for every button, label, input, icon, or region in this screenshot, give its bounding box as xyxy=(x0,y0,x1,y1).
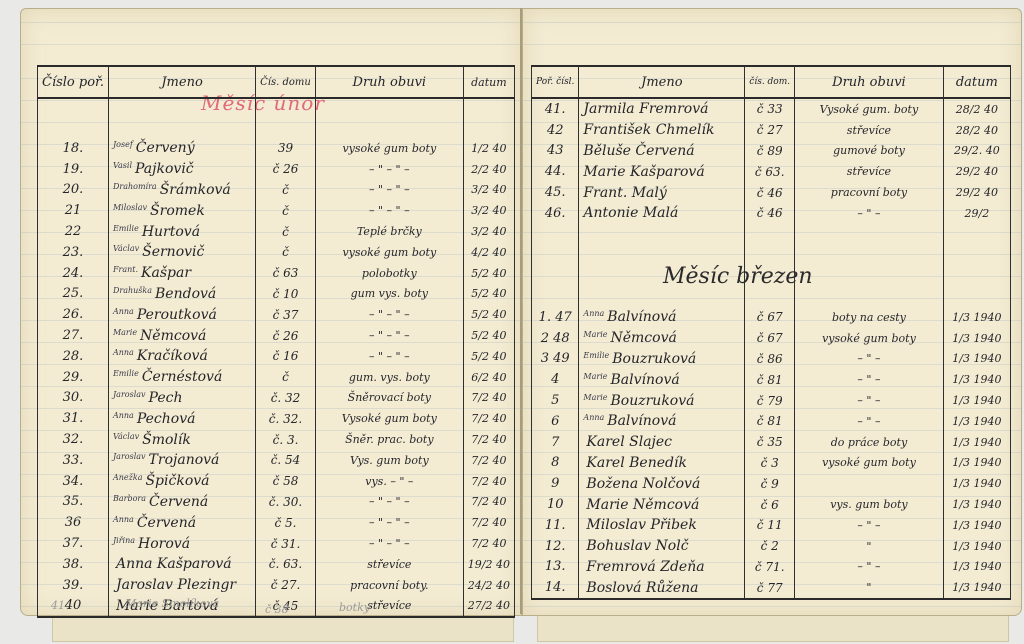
surname: Karel Slajec xyxy=(586,434,672,450)
house-number: č 46 xyxy=(745,203,795,224)
entry-number: 42 xyxy=(532,120,579,141)
surname: Pech xyxy=(149,390,183,406)
first-name: Anna xyxy=(113,307,134,316)
surname: Horová xyxy=(138,536,190,552)
table-row: 18.JosefČervený39vysoké gum boty1/2 40 xyxy=(38,138,515,159)
house-number: č xyxy=(256,367,316,388)
first-name: Václav xyxy=(113,244,139,253)
name-cell: JaroslavPech xyxy=(108,388,255,409)
issue-date: 7/2 40 xyxy=(463,408,514,429)
entry-number: 28. xyxy=(38,346,109,367)
table-row: 26.AnnaPeroutkováč 37– " – " –5/2 40 xyxy=(38,304,515,325)
entry-number: 34. xyxy=(38,471,109,492)
name-cell: JaroslavTrojanová xyxy=(108,450,255,471)
house-number: č 31. xyxy=(256,533,316,554)
name-cell: Marie Němcová xyxy=(579,494,745,515)
issue-date: 29/2 xyxy=(943,203,1010,224)
issue-date: 29/2 40 xyxy=(943,161,1010,182)
name-cell: František Chmelík xyxy=(579,120,745,141)
month-spacer-row xyxy=(38,98,515,138)
issue-date: 1/3 1940 xyxy=(943,453,1010,474)
first-name: Frant. xyxy=(113,265,138,274)
name-cell: Karel Benedík xyxy=(579,453,745,474)
surname: Peroutková xyxy=(137,307,217,323)
entry-number: 33. xyxy=(38,450,109,471)
name-cell: EmilieČerné­stová xyxy=(108,367,255,388)
table-row: 29.EmilieČerné­stováčgum. vys. boty6/2 4… xyxy=(38,367,515,388)
first-name: Marie xyxy=(583,372,607,381)
table-row: 31.AnnaPechováč. 32.Vysoké gum boty7/2 4… xyxy=(38,408,515,429)
house-number: č 16 xyxy=(256,346,316,367)
first-name: Marie xyxy=(583,393,607,402)
first-name: Marie xyxy=(583,330,607,339)
entry-number: 7 xyxy=(532,432,579,453)
entry-number: 5 xyxy=(532,390,579,411)
surname: Trojanová xyxy=(149,452,220,468)
blank-cell xyxy=(579,224,745,245)
entry-number: 11. xyxy=(532,515,579,536)
header-number: Číslo poř. xyxy=(38,66,109,98)
house-number: č 67 xyxy=(745,307,795,328)
right-page: Poř. čísl. Jmeno čís. dom. Druh obuvi da… xyxy=(522,8,1022,616)
name-cell: AnnaBalvínová xyxy=(579,411,745,432)
blank-cell xyxy=(943,245,1010,266)
table-row: 39.Jaroslav Plezingrč 27.pracovní boty.2… xyxy=(38,575,515,596)
footwear-kind: do práce boty xyxy=(795,432,944,453)
issue-date: 7/2 40 xyxy=(463,471,514,492)
issue-date: 7/2 40 xyxy=(463,512,514,533)
entry-number: 4 xyxy=(532,369,579,390)
header-house: čís. dom. xyxy=(745,66,795,98)
surname: Bohuslav Nolč xyxy=(586,538,688,554)
entry-number: 38. xyxy=(38,554,109,575)
house-number: č xyxy=(256,242,316,263)
entry-number: 25. xyxy=(38,284,109,305)
name-cell: Anna Kašparová xyxy=(108,554,255,575)
issue-date: 3/2 40 xyxy=(463,221,514,242)
footwear-kind: – " – xyxy=(795,369,944,390)
header-date: datum xyxy=(943,66,1010,98)
issue-date: 19/2 40 xyxy=(463,554,514,575)
first-name: Barbora xyxy=(113,494,146,503)
faded-entry-house: č 38 xyxy=(265,603,289,616)
footwear-kind: polobotky xyxy=(315,263,463,284)
footwear-kind: – " – " – xyxy=(315,533,463,554)
footwear-kind: vysoké gum boty xyxy=(315,138,463,159)
house-number: 39 xyxy=(256,138,316,159)
blank-cell xyxy=(943,286,1010,307)
name-cell: DrahomíraŠrámková xyxy=(108,180,255,201)
first-name: Drahomíra xyxy=(113,182,157,191)
house-number: č 89 xyxy=(745,141,795,162)
faded-entry-name: Marie Smolíková xyxy=(125,597,219,610)
footwear-kind: " xyxy=(795,577,944,599)
entry-number: 46. xyxy=(532,203,579,224)
footwear-kind: – " – " – xyxy=(315,304,463,325)
surname: Bouzruková xyxy=(611,393,695,409)
house-number: č 86 xyxy=(745,349,795,370)
blank-cell xyxy=(745,224,795,245)
issue-date: 7/2 40 xyxy=(463,450,514,471)
name-cell: MarieNěmcová xyxy=(579,328,745,349)
table-row: 43Běluše Červenáč 89gumové boty29/2. 40 xyxy=(532,141,1011,162)
house-number: č 63. xyxy=(745,161,795,182)
first-name: Anežka xyxy=(113,473,143,482)
table-row: 41.Jarmila Fremrováč 33Vysoké gum. boty2… xyxy=(532,98,1011,120)
name-cell: DrahuškaBendová xyxy=(108,284,255,305)
name-cell: Frant. Malý xyxy=(579,182,745,203)
surname: Němcová xyxy=(140,328,206,344)
entry-number: 18. xyxy=(38,138,109,159)
first-name: Josef xyxy=(113,140,133,149)
footwear-kind: – " – " – xyxy=(315,492,463,513)
table-row: 35.BarboraČervenáč. 30.– " – " –7/2 40 xyxy=(38,492,515,513)
house-number: č. 63. xyxy=(256,554,316,575)
first-name: Jaroslav xyxy=(113,452,146,461)
footwear-kind: gum. vys. boty xyxy=(315,367,463,388)
surname: Bendová xyxy=(155,286,216,302)
house-number: č. 32. xyxy=(256,408,316,429)
issue-date: 28/2 40 xyxy=(943,98,1010,120)
issue-date: 5/2 40 xyxy=(463,304,514,325)
footwear-kind: – " – " – xyxy=(315,200,463,221)
footwear-kind: – " – " – xyxy=(315,512,463,533)
footwear-kind: " xyxy=(795,536,944,557)
left-ledger-table: Číslo poř. Jmeno Čís. domu Druh obuvi da… xyxy=(37,65,515,618)
footwear-kind: – " – " – xyxy=(315,346,463,367)
header-name: Jmeno xyxy=(579,66,745,98)
footwear-kind: gum vys. boty xyxy=(315,284,463,305)
first-name: Anna xyxy=(113,515,134,524)
table-row: 9Božena Nolčováč 91/3 1940 xyxy=(532,473,1011,494)
table-row: 42František Chmelíkč 27střevíce28/2 40 xyxy=(532,120,1011,141)
surname: Karel Benedík xyxy=(586,455,687,471)
issue-date: 1/2 40 xyxy=(463,138,514,159)
issue-date: 1/3 1940 xyxy=(943,536,1010,557)
house-number: č 5. xyxy=(256,512,316,533)
entry-number: 14. xyxy=(532,577,579,599)
name-cell: JosefČervený xyxy=(108,138,255,159)
house-number: č 63 xyxy=(256,263,316,284)
surname: Červená xyxy=(137,515,196,531)
footwear-kind: Vysoké gum. boty xyxy=(795,98,944,120)
faded-entry-number: 41 xyxy=(51,599,65,612)
name-cell: Antonie Malá xyxy=(579,203,745,224)
house-number: č 27 xyxy=(745,120,795,141)
entry-number: 36 xyxy=(38,512,109,533)
house-number: č. 30. xyxy=(256,492,316,513)
surname: Červený xyxy=(136,140,195,156)
name-cell: AnnaKračíková xyxy=(108,346,255,367)
footwear-kind: vys. – " – xyxy=(315,471,463,492)
entry-number: 10 xyxy=(532,494,579,515)
house-number: č 3 xyxy=(745,453,795,474)
table-row: 8Karel Benedíkč 3vysoké gum boty1/3 1940 xyxy=(532,453,1011,474)
right-header-row: Poř. čísl. Jmeno čís. dom. Druh obuvi da… xyxy=(532,66,1011,98)
issue-date: 29/2 40 xyxy=(943,182,1010,203)
footwear-kind: – " – xyxy=(795,411,944,432)
entry-number: 22 xyxy=(38,221,109,242)
table-row: 37.JiřinaHorováč 31.– " – " –7/2 40 xyxy=(38,533,515,554)
entry-number: 40 xyxy=(38,596,109,618)
first-name: Anna xyxy=(583,413,604,422)
name-cell: MarieBouzruková xyxy=(579,390,745,411)
footwear-kind: Vys. gum boty xyxy=(315,450,463,471)
surname: Šrámková xyxy=(160,182,231,198)
name-cell: Karel Slajec xyxy=(579,432,745,453)
name-cell: VasilPajkovič xyxy=(108,159,255,180)
name-cell: Jaroslav Plezingr xyxy=(108,575,255,596)
surname: Červená xyxy=(149,494,208,510)
blank-cell xyxy=(532,224,579,245)
name-cell: Běluše Červená xyxy=(579,141,745,162)
issue-date: 1/3 1940 xyxy=(943,557,1010,578)
footwear-kind: střevíce xyxy=(315,554,463,575)
footwear-kind: – " – " – xyxy=(315,180,463,201)
footwear-kind: vys. gum boty xyxy=(795,494,944,515)
name-cell: Božena Nolčová xyxy=(579,473,745,494)
footwear-kind: vysoké gum boty xyxy=(795,328,944,349)
surname: Jarmila Fremrová xyxy=(583,101,708,117)
table-row: 24.Frant.Kašparč 63polobotky5/2 40 xyxy=(38,263,515,284)
entry-number: 8 xyxy=(532,453,579,474)
entry-number: 30. xyxy=(38,388,109,409)
footwear-kind: pracovní boty. xyxy=(315,575,463,596)
surname: Marie Němcová xyxy=(586,497,699,513)
right-ledger-table: Poř. čísl. Jmeno čís. dom. Druh obuvi da… xyxy=(531,65,1011,600)
table-row: 28.AnnaKračíkováč 16– " – " –5/2 40 xyxy=(38,346,515,367)
entry-number: 35. xyxy=(38,492,109,513)
entry-number: 32. xyxy=(38,429,109,450)
surname: Běluše Červená xyxy=(583,143,694,159)
footwear-kind: střevíce xyxy=(795,120,944,141)
name-cell: MiloslavŠromek xyxy=(108,200,255,221)
name-cell: BarboraČervená xyxy=(108,492,255,513)
table-row: 44.Marie Kašparováč 63.střevíce29/2 40 xyxy=(532,161,1011,182)
table-row: 34.AnežkaŠpičkováč 58vys. – " –7/2 40 xyxy=(38,471,515,492)
footwear-kind: boty na cesty xyxy=(795,307,944,328)
surname: Miloslav Přibek xyxy=(586,517,696,533)
issue-date: 1/3 1940 xyxy=(943,349,1010,370)
blank-cell xyxy=(532,265,579,286)
surname: Černé­stová xyxy=(142,369,223,385)
entry-number: 12. xyxy=(532,536,579,557)
table-row: 10Marie Němcováč 6vys. gum boty1/3 1940 xyxy=(532,494,1011,515)
first-name: Vasil xyxy=(113,161,132,170)
entry-number: 44. xyxy=(532,161,579,182)
table-row: 6AnnaBalvínováč 81– " –1/3 1940 xyxy=(532,411,1011,432)
house-number: č 26 xyxy=(256,159,316,180)
name-cell: VáclavŠmolík xyxy=(108,429,255,450)
name-cell: Frant.Kašpar xyxy=(108,263,255,284)
issue-date: 1/3 1940 xyxy=(943,328,1010,349)
table-row: 19.VasilPajkovičč 26– " – " –2/2 40 xyxy=(38,159,515,180)
blank-row xyxy=(532,286,1011,307)
name-cell: Boslová Růžena xyxy=(579,577,745,599)
house-number: č 6 xyxy=(745,494,795,515)
surname: Hurtová xyxy=(142,224,200,240)
footwear-kind: – " – xyxy=(795,203,944,224)
first-name: Jiřina xyxy=(113,536,135,545)
entry-number: 45. xyxy=(532,182,579,203)
surname: Němcová xyxy=(611,330,677,346)
table-row: 13.Fremrová Zdeňač 71.– " –1/3 1940 xyxy=(532,557,1011,578)
table-row: 14.Boslová Růženač 77"1/3 1940 xyxy=(532,577,1011,599)
entry-number: 24. xyxy=(38,263,109,284)
name-cell: AnnaBalvínová xyxy=(579,307,745,328)
name-cell: AnnaPeroutková xyxy=(108,304,255,325)
entry-number: 29. xyxy=(38,367,109,388)
blank-cell xyxy=(532,286,579,307)
first-name: Jaroslav xyxy=(113,390,146,399)
house-number: č 26 xyxy=(256,325,316,346)
blank-cell xyxy=(943,224,1010,245)
issue-date: 5/2 40 xyxy=(463,284,514,305)
first-name: Václav xyxy=(113,432,139,441)
entry-number: 20. xyxy=(38,180,109,201)
table-row: 7Karel Slajecč 35do práce boty1/3 1940 xyxy=(532,432,1011,453)
first-name: Marie xyxy=(113,328,137,337)
house-number: č 71. xyxy=(745,557,795,578)
footwear-kind xyxy=(795,473,944,494)
issue-date: 1/3 1940 xyxy=(943,577,1010,599)
surname: Antonie Malá xyxy=(583,205,678,221)
issue-date: 5/2 40 xyxy=(463,346,514,367)
issue-date: 3/2 40 xyxy=(463,200,514,221)
issue-date: 1/3 1940 xyxy=(943,494,1010,515)
house-number: č 9 xyxy=(745,473,795,494)
issue-date: 5/2 40 xyxy=(463,325,514,346)
table-row: 27.MarieNěmcováč 26– " – " –5/2 40 xyxy=(38,325,515,346)
house-number: č xyxy=(256,180,316,201)
table-row: 1. 47AnnaBalvínováč 67boty na cesty1/3 1… xyxy=(532,307,1011,328)
footwear-kind: – " – " – xyxy=(315,325,463,346)
entry-number: 13. xyxy=(532,557,579,578)
surname: Pechová xyxy=(137,411,196,427)
table-row: 45.Frant. Malýč 46pracovní boty29/2 40 xyxy=(532,182,1011,203)
surname: František Chmelík xyxy=(583,122,714,138)
entry-number: 31. xyxy=(38,408,109,429)
table-row: 3 49EmilieBouzrukováč 86– " –1/3 1940 xyxy=(532,349,1011,370)
surname: Kašpar xyxy=(141,265,191,281)
table-row: 46.Antonie Maláč 46– " –29/2 xyxy=(532,203,1011,224)
surname: Špičková xyxy=(145,473,209,489)
house-number: č 10 xyxy=(256,284,316,305)
entry-number: 3 49 xyxy=(532,349,579,370)
issue-date: 1/3 1940 xyxy=(943,369,1010,390)
footwear-kind: pracovní boty xyxy=(795,182,944,203)
table-row: 36AnnaČervenáč 5.– " – " –7/2 40 xyxy=(38,512,515,533)
table-row: 12.Bohuslav Nolčč 2"1/3 1940 xyxy=(532,536,1011,557)
first-name: Anna xyxy=(583,309,604,318)
surname: Kračíková xyxy=(137,348,208,364)
footwear-kind: – " – xyxy=(795,557,944,578)
issue-date: 1/3 1940 xyxy=(943,432,1010,453)
entry-number: 6 xyxy=(532,411,579,432)
issue-date: 6/2 40 xyxy=(463,367,514,388)
name-cell: JiřinaHorová xyxy=(108,533,255,554)
left-header-row: Číslo poř. Jmeno Čís. domu Druh obuvi da… xyxy=(38,66,515,98)
first-name: Emilie xyxy=(113,369,139,378)
blank-cell xyxy=(745,245,795,266)
first-name: Drahuška xyxy=(113,286,152,295)
footwear-kind: Vysoké gum boty xyxy=(315,408,463,429)
issue-date: 5/2 40 xyxy=(463,263,514,284)
blank-cell xyxy=(532,245,579,266)
footwear-kind: Šněr. prac. boty xyxy=(315,429,463,450)
surname: Fremrová Zdeňa xyxy=(586,559,704,575)
table-row: 30.JaroslavPechč. 32Šněrovací boty7/2 40 xyxy=(38,388,515,409)
house-number: č 11 xyxy=(745,515,795,536)
footwear-kind: – " – xyxy=(795,349,944,370)
surname: Bouzruková xyxy=(612,351,696,367)
name-cell: MarieBalvínová xyxy=(579,369,745,390)
issue-date: 1/3 1940 xyxy=(943,515,1010,536)
issue-date: 2/2 40 xyxy=(463,159,514,180)
blank-cell xyxy=(795,245,944,266)
name-cell: Bohuslav Nolč xyxy=(579,536,745,557)
house-number: č. 32 xyxy=(256,388,316,409)
name-cell: EmilieBouzruková xyxy=(579,349,745,370)
name-cell: Miloslav Přibek xyxy=(579,515,745,536)
name-cell: Fremrová Zdeňa xyxy=(579,557,745,578)
footwear-kind: gumové boty xyxy=(795,141,944,162)
issue-date: 7/2 40 xyxy=(463,492,514,513)
house-number: č 79 xyxy=(745,390,795,411)
house-number: č 35 xyxy=(745,432,795,453)
issue-date: 24/2 40 xyxy=(463,575,514,596)
house-number: č 77 xyxy=(745,577,795,599)
footwear-kind: Teplé brčky xyxy=(315,221,463,242)
blank-cell xyxy=(579,245,745,266)
house-number: č 33 xyxy=(745,98,795,120)
name-cell: EmilieHurtová xyxy=(108,221,255,242)
house-number: č 2 xyxy=(745,536,795,557)
first-name: Anna xyxy=(113,411,134,420)
blank-row xyxy=(532,245,1011,266)
first-name: Anna xyxy=(113,348,134,357)
entry-number: 43 xyxy=(532,141,579,162)
month-title-march: Měsíc březen xyxy=(663,264,813,289)
name-cell: AnežkaŠpičková xyxy=(108,471,255,492)
table-row: 20.DrahomíraŠrámkováč– " – " –3/2 40 xyxy=(38,180,515,201)
footwear-kind: vysoké gum boty xyxy=(315,242,463,263)
header-date: datum xyxy=(463,66,514,98)
table-row: 2 48MarieNěmcováč 67vysoké gum boty1/3 1… xyxy=(532,328,1011,349)
table-row: 5MarieBouzrukováč 79– " –1/3 1940 xyxy=(532,390,1011,411)
house-number: č 81 xyxy=(745,411,795,432)
blank-cell xyxy=(579,286,745,307)
footwear-kind: střevíce xyxy=(795,161,944,182)
issue-date: 28/2 40 xyxy=(943,120,1010,141)
house-number: č 46 xyxy=(745,182,795,203)
issue-date: 7/2 40 xyxy=(463,533,514,554)
entry-number: 23. xyxy=(38,242,109,263)
name-cell: MarieNěmcová xyxy=(108,325,255,346)
table-row: 11.Miloslav Přibekč 11– " –1/3 1940 xyxy=(532,515,1011,536)
issue-date: 27/2 40 xyxy=(463,596,514,618)
house-number: č 67 xyxy=(745,328,795,349)
house-number: č. 3. xyxy=(256,429,316,450)
issue-date: 1/3 1940 xyxy=(943,390,1010,411)
house-number: č xyxy=(256,200,316,221)
table-row: 25.DrahuškaBendováč 10gum vys. boty5/2 4… xyxy=(38,284,515,305)
table-row: 4MarieBalvínováč 81– " –1/3 1940 xyxy=(532,369,1011,390)
issue-date: 3/2 40 xyxy=(463,180,514,201)
entry-number: 2 48 xyxy=(532,328,579,349)
house-number: č 58 xyxy=(256,471,316,492)
blank-row xyxy=(532,224,1011,245)
